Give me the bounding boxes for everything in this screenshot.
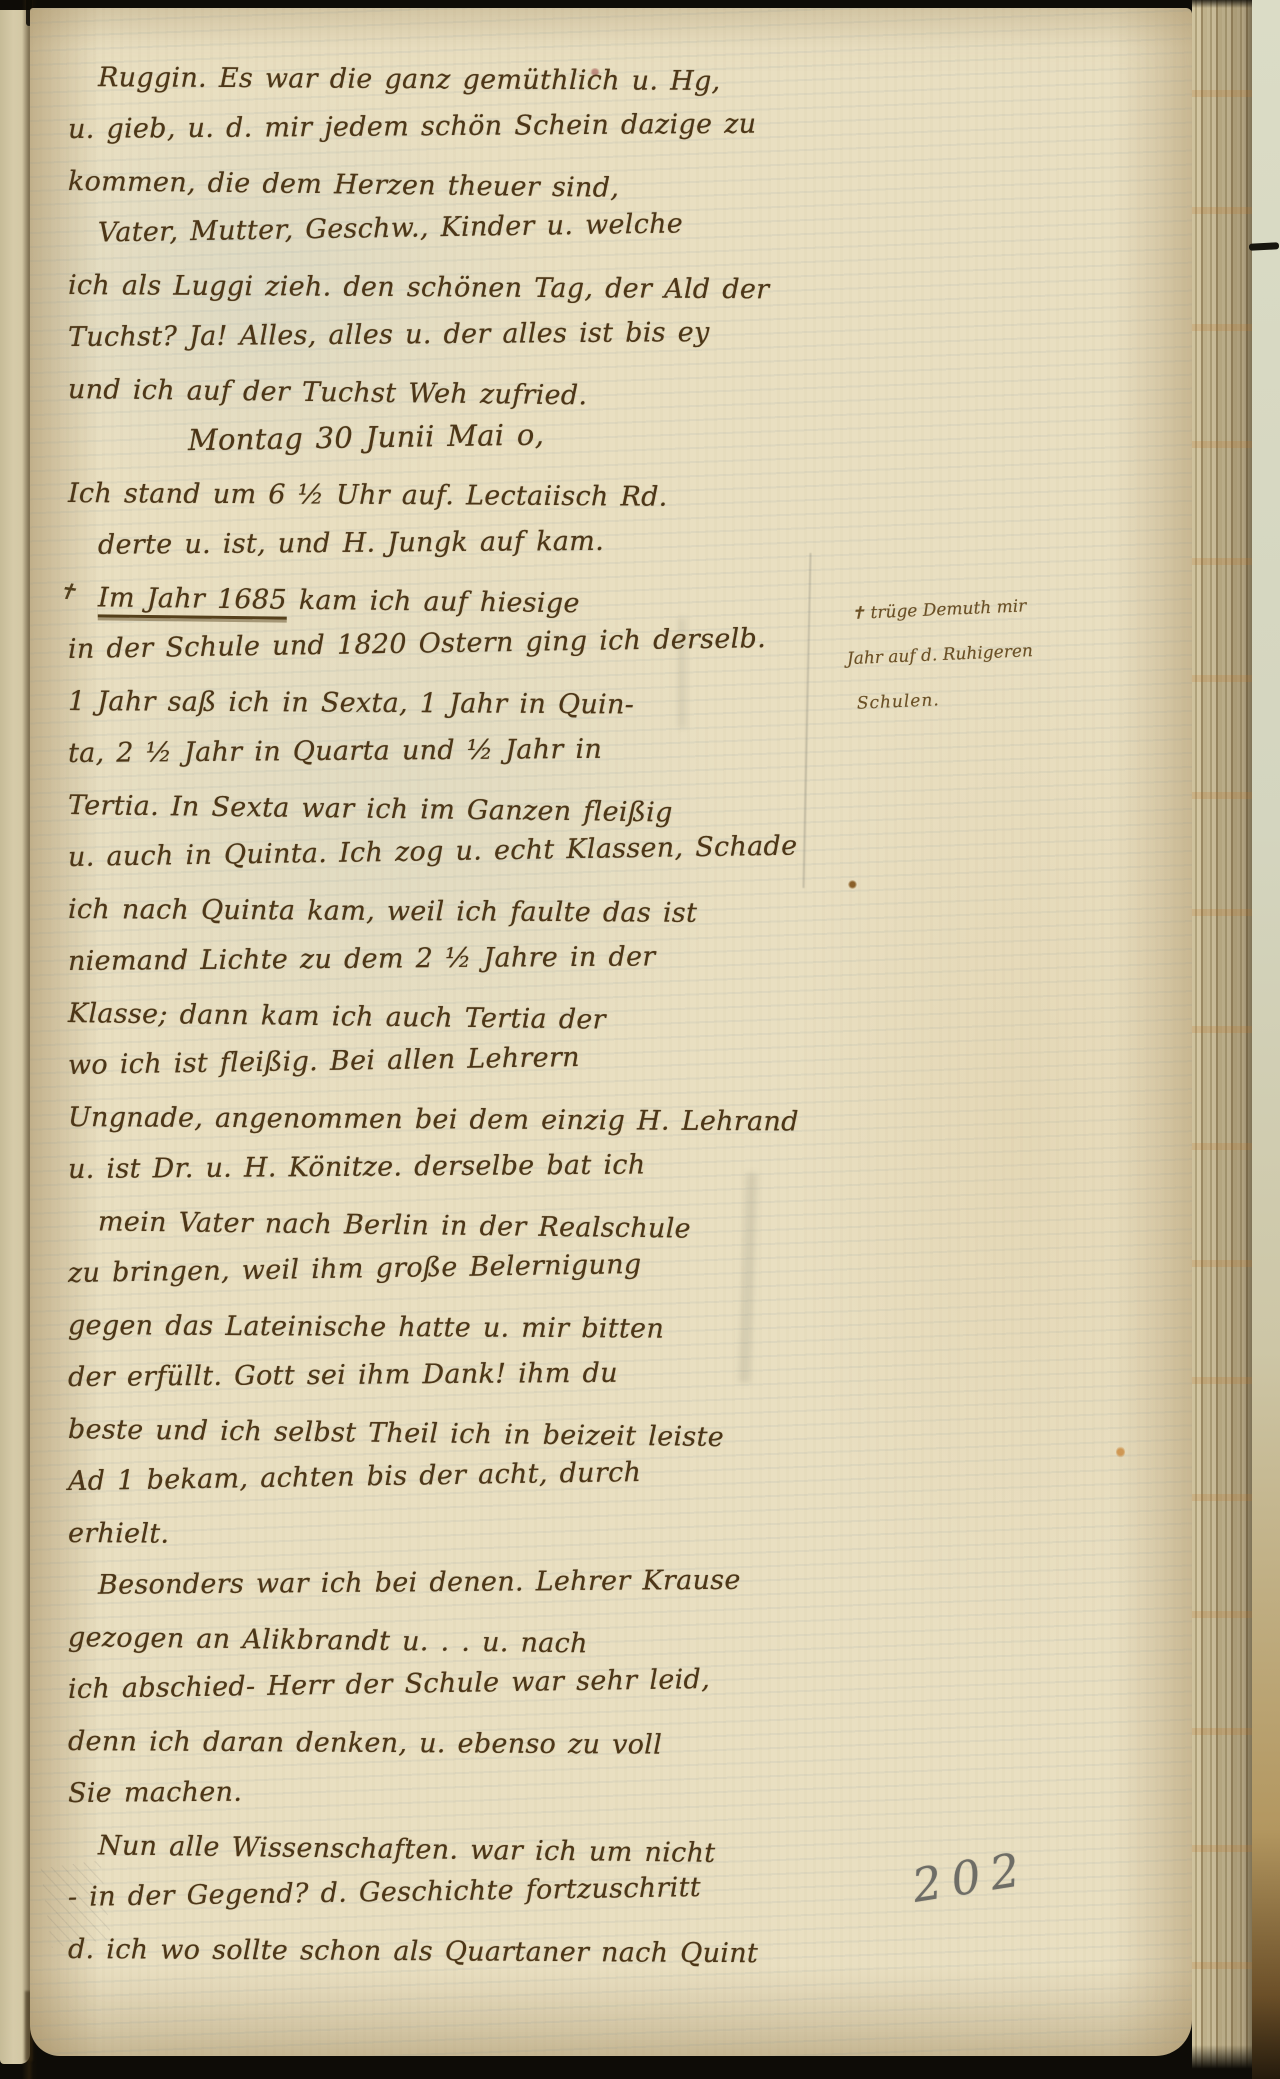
entry-heading: Montag 30 Junii Mai o, — [68, 406, 717, 468]
manuscript-line: ich abschied- Herr der Schule war sehr l… — [68, 1654, 717, 1716]
page-edges-stack — [1192, 0, 1252, 2079]
manuscript-line: - in der Gegend? d. Geschichte fortzusch… — [68, 1862, 717, 1924]
margin-note-line: Schulen. — [856, 671, 1106, 727]
manuscript-line: in der Schule und 1820 Ostern ging ich d… — [68, 614, 717, 676]
rust-stain — [1116, 1446, 1125, 1458]
margin-note: ✝ trüge Demuth mirJahr auf d. RuhigerenS… — [850, 581, 1106, 727]
manuscript-line: ta, 2 ½ Jahr in Quarta und ½ Jahr in — [68, 723, 716, 780]
paper-smudge — [738, 1173, 757, 1383]
manuscript-line: Besonders war ich bei denen. Lehrer Krau… — [68, 1555, 716, 1612]
manuscript-line: niemand Lichte zu dem 2 ½ Jahre in der — [68, 931, 716, 988]
manuscript-line: zu bringen, weil ihm große Belernigung — [68, 1238, 717, 1300]
manuscript-line: Ad 1 bekam, achten bis der acht, durch — [68, 1446, 717, 1508]
manuscript-page: Ruggin. Es war die ganz gemüthlich u. Hg… — [30, 8, 1192, 2056]
vertical-crease — [802, 553, 811, 888]
manuscript-line: derte u. ist, und H. Jungk auf kam. — [68, 515, 716, 572]
manuscript-line: u. gieb, u. d. mir jedem schön Schein da… — [68, 99, 716, 156]
underlined-date: Im Jahr 1685 — [98, 582, 287, 619]
manuscript-line: Sie machen. — [68, 1763, 716, 1820]
page-number: 202 — [909, 1841, 1034, 1913]
margin-cross-mark: ✝ — [56, 579, 78, 606]
manuscript-line: Vater, Mutter, Geschw., Kinder u. welche — [68, 198, 717, 260]
manuscript-line: Tuchst? Ja! Alles, alles u. der alles is… — [68, 307, 716, 364]
manuscript-line: wo ich ist fleißig. Bei allen Lehrern — [68, 1030, 717, 1092]
ink-stain — [848, 880, 857, 889]
manuscript-line: der erfüllt. Gott sei ihm Dank! ihm du — [68, 1347, 716, 1404]
manuscript-line: u. auch in Quinta. Ich zog u. echt Klass… — [68, 822, 717, 884]
manuscript-line: d. ich wo sollte schon als Quartaner nac… — [68, 1924, 716, 1980]
manuscript-line: u. ist Dr. u. H. Könitze. derselbe bat i… — [68, 1139, 716, 1196]
next-page-edge — [1252, 0, 1280, 2079]
handwritten-text-block: Ruggin. Es war die ganz gemüthlich u. Hg… — [68, 52, 716, 1976]
